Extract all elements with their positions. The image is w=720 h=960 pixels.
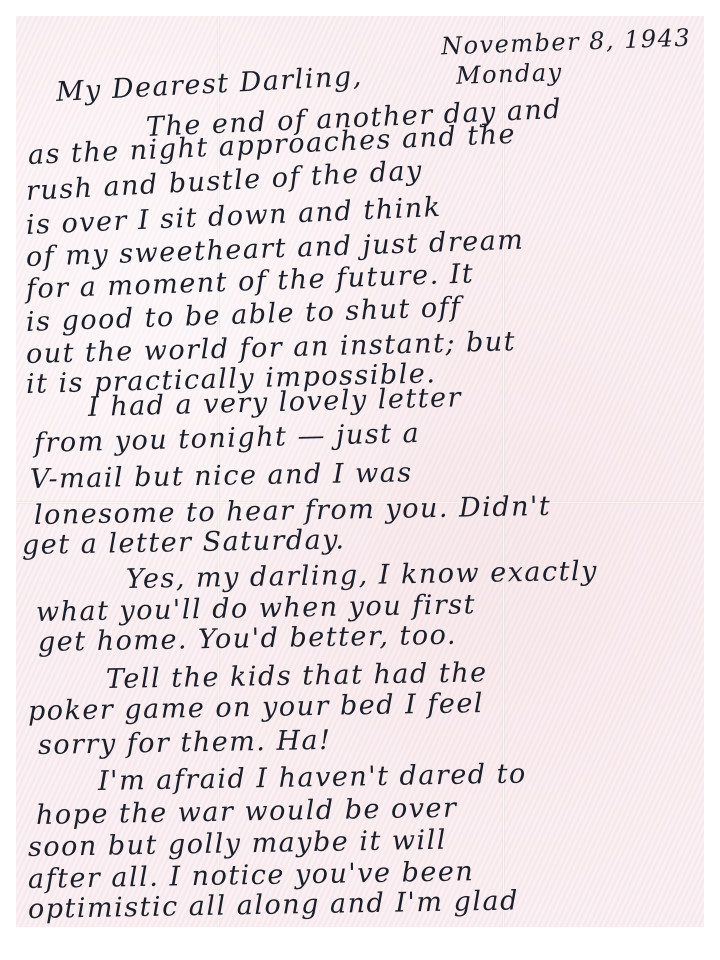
- letter-line: from you tonight — just a: [34, 420, 421, 457]
- letter-line: hope the war would be over: [36, 795, 458, 829]
- letter-day: Monday: [456, 60, 563, 88]
- letter-page: November 8, 1943 Monday My Dearest Darli…: [16, 16, 704, 927]
- letter-line: Yes, my darling, I know exactly: [126, 558, 598, 593]
- letter-line: I had a very lovely letter: [88, 384, 463, 421]
- vertical-fold-crease: [502, 16, 505, 927]
- letter-line: optimistic all along and I'm glad: [28, 887, 519, 923]
- letter-date: November 8, 1943: [441, 26, 692, 59]
- letter-line: V-mail but nice and I was: [30, 459, 413, 493]
- letter-line: sorry for them. Ha!: [38, 727, 332, 759]
- letter-line: lonesome to hear from you. Didn't: [34, 493, 552, 529]
- letter-greeting: My Dearest Darling,: [55, 63, 363, 106]
- letter-line: Tell the kids that had the: [106, 659, 488, 693]
- letter-line: I'm afraid I haven't dared to: [98, 761, 527, 795]
- letter-line: get home. You'd better, too.: [38, 622, 457, 656]
- letter-line: soon but golly maybe it will: [28, 827, 447, 861]
- letter-line: get a letter Saturday.: [22, 526, 346, 559]
- letter-line: poker game on your bed I feel: [28, 690, 484, 725]
